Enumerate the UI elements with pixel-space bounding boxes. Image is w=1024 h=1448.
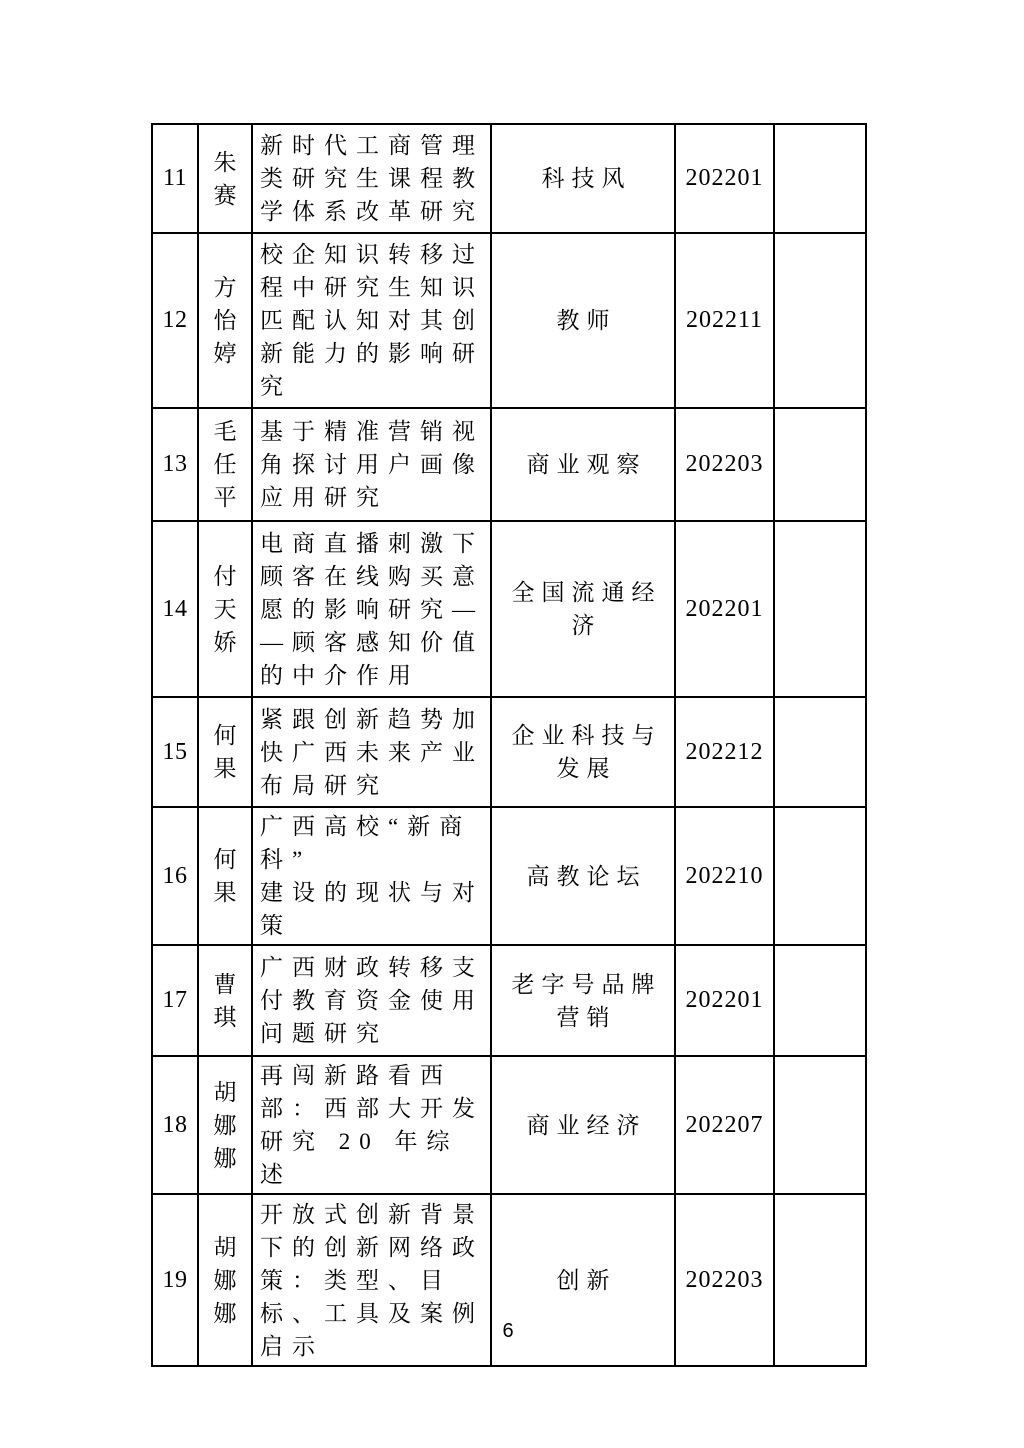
date-cell: 202201 — [675, 124, 774, 233]
page-number: 6 — [151, 1320, 865, 1343]
date-cell: 202201 — [675, 521, 774, 697]
row-number-cell: 12 — [152, 233, 198, 408]
row-number-cell: 18 — [152, 1056, 198, 1194]
journal-cell: 企业科技与 发展 — [491, 697, 675, 807]
table-row: 12 方 怡 婷 校企知识转移过 程中研究生知识 匹配认知对其创 新能力的影响研… — [152, 233, 866, 408]
date-cell: 202212 — [675, 697, 774, 807]
name-cell: 朱 赛 — [198, 124, 252, 233]
row-number-cell: 13 — [152, 408, 198, 521]
note-cell — [774, 521, 866, 697]
document-page: 11 朱 赛 新时代工商管理 类研究生课程教 学体系改革研究 科技风 20220… — [0, 0, 1024, 1448]
title-cell: 再闯新路看西 部：西部大开发 研究 20 年综述 — [252, 1056, 491, 1194]
row-number-cell: 17 — [152, 945, 198, 1056]
table-row: 15 何 果 紧跟创新趋势加 快广西未来产业 布局研究 企业科技与 发展 202… — [152, 697, 866, 807]
table-row: 17 曹 琪 广西财政转移支 付教育资金使用 问题研究 老字号品牌 营销 202… — [152, 945, 866, 1056]
row-number-cell: 14 — [152, 521, 198, 697]
title-cell: 基于精准营销视 角探讨用户画像 应用研究 — [252, 408, 491, 521]
table-row: 18 胡 娜 娜 再闯新路看西 部：西部大开发 研究 20 年综述 商业经济 2… — [152, 1056, 866, 1194]
title-cell: 电商直播刺激下 顾客在线购买意 愿的影响研究— —顾客感知价值 的中介作用 — [252, 521, 491, 697]
title-cell: 紧跟创新趋势加 快广西未来产业 布局研究 — [252, 697, 491, 807]
note-cell — [774, 233, 866, 408]
title-cell: 广西高校“新商科” 建设的现状与对 策 — [252, 807, 491, 945]
note-cell — [774, 408, 866, 521]
note-cell — [774, 697, 866, 807]
date-cell: 202211 — [675, 233, 774, 408]
note-cell — [774, 807, 866, 945]
row-number-cell: 11 — [152, 124, 198, 233]
name-cell: 方 怡 婷 — [198, 233, 252, 408]
table-row: 13 毛 任 平 基于精准营销视 角探讨用户画像 应用研究 商业观察 20220… — [152, 408, 866, 521]
journal-cell: 商业经济 — [491, 1056, 675, 1194]
journal-cell: 商业观察 — [491, 408, 675, 521]
journal-cell: 教师 — [491, 233, 675, 408]
journal-cell: 科技风 — [491, 124, 675, 233]
date-cell: 202207 — [675, 1056, 774, 1194]
note-cell — [774, 124, 866, 233]
journal-cell: 高教论坛 — [491, 807, 675, 945]
name-cell: 曹 琪 — [198, 945, 252, 1056]
note-cell — [774, 945, 866, 1056]
row-number-cell: 16 — [152, 807, 198, 945]
table-row: 14 付 天 娇 电商直播刺激下 顾客在线购买意 愿的影响研究— —顾客感知价值… — [152, 521, 866, 697]
name-cell: 付 天 娇 — [198, 521, 252, 697]
date-cell: 202201 — [675, 945, 774, 1056]
title-cell: 广西财政转移支 付教育资金使用 问题研究 — [252, 945, 491, 1056]
title-cell: 新时代工商管理 类研究生课程教 学体系改革研究 — [252, 124, 491, 233]
table-row: 16 何 果 广西高校“新商科” 建设的现状与对 策 高教论坛 202210 — [152, 807, 866, 945]
title-cell: 校企知识转移过 程中研究生知识 匹配认知对其创 新能力的影响研 究 — [252, 233, 491, 408]
name-cell: 毛 任 平 — [198, 408, 252, 521]
date-cell: 202203 — [675, 408, 774, 521]
name-cell: 何 果 — [198, 807, 252, 945]
row-number-cell: 15 — [152, 697, 198, 807]
table-row: 11 朱 赛 新时代工商管理 类研究生课程教 学体系改革研究 科技风 20220… — [152, 124, 866, 233]
name-cell: 胡 娜 娜 — [198, 1056, 252, 1194]
publications-table: 11 朱 赛 新时代工商管理 类研究生课程教 学体系改革研究 科技风 20220… — [151, 123, 867, 1367]
name-cell: 何 果 — [198, 697, 252, 807]
note-cell — [774, 1056, 866, 1194]
journal-cell: 全国流通经 济 — [491, 521, 675, 697]
journal-cell: 老字号品牌 营销 — [491, 945, 675, 1056]
date-cell: 202210 — [675, 807, 774, 945]
